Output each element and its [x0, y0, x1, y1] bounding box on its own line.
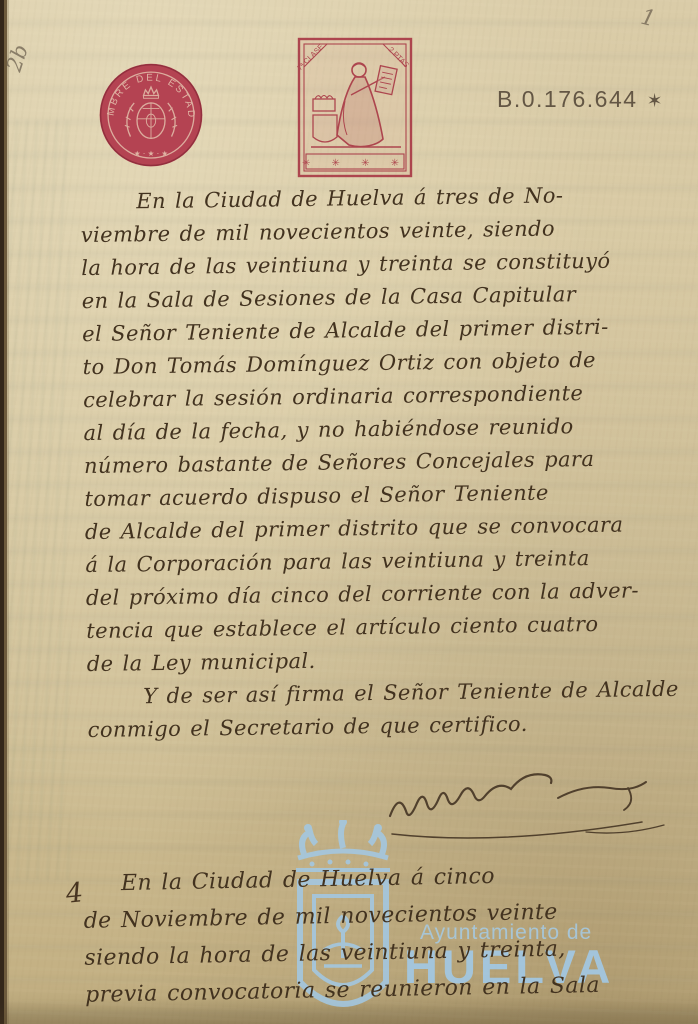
margin-bleedthrough-texture [6, 120, 70, 880]
timbre-del-estado-seal-icon: TIMBRE DEL ESTADO ★ · ★ · ★ [94, 60, 208, 172]
serial-star-icon: ✶ [647, 91, 663, 112]
manuscript-page: TIMBRE DEL ESTADO ★ · ★ · ★ 7ª CLASE 2 P… [0, 0, 698, 1024]
margin-number: 4 [64, 877, 84, 910]
signature-flourish [380, 772, 672, 846]
pencil-note-top-right: 1 [638, 5, 658, 33]
minute-paragraph-2: En la Ciudad de Huelva á cinco de Noviem… [83, 854, 692, 1014]
minute-paragraph-1: En la Ciudad de Huelva á tres de No- vie… [80, 178, 670, 747]
binding-edge [0, 0, 9, 1024]
serial-number: B.0.176.644✶ [497, 86, 662, 113]
seal-bottom-marks: ★ · ★ · ★ [134, 149, 168, 158]
fiscal-stamp-icon: 7ª CLASE 2 PTAS ✳ ✳ ✳ ✳ [297, 37, 413, 178]
manuscript-line: conmigo el Secretario de que certifico. [87, 706, 669, 747]
stamp-ornament-band: ✳ ✳ ✳ ✳ [302, 158, 408, 169]
serial-number-text: B.0.176.644 [497, 86, 638, 112]
